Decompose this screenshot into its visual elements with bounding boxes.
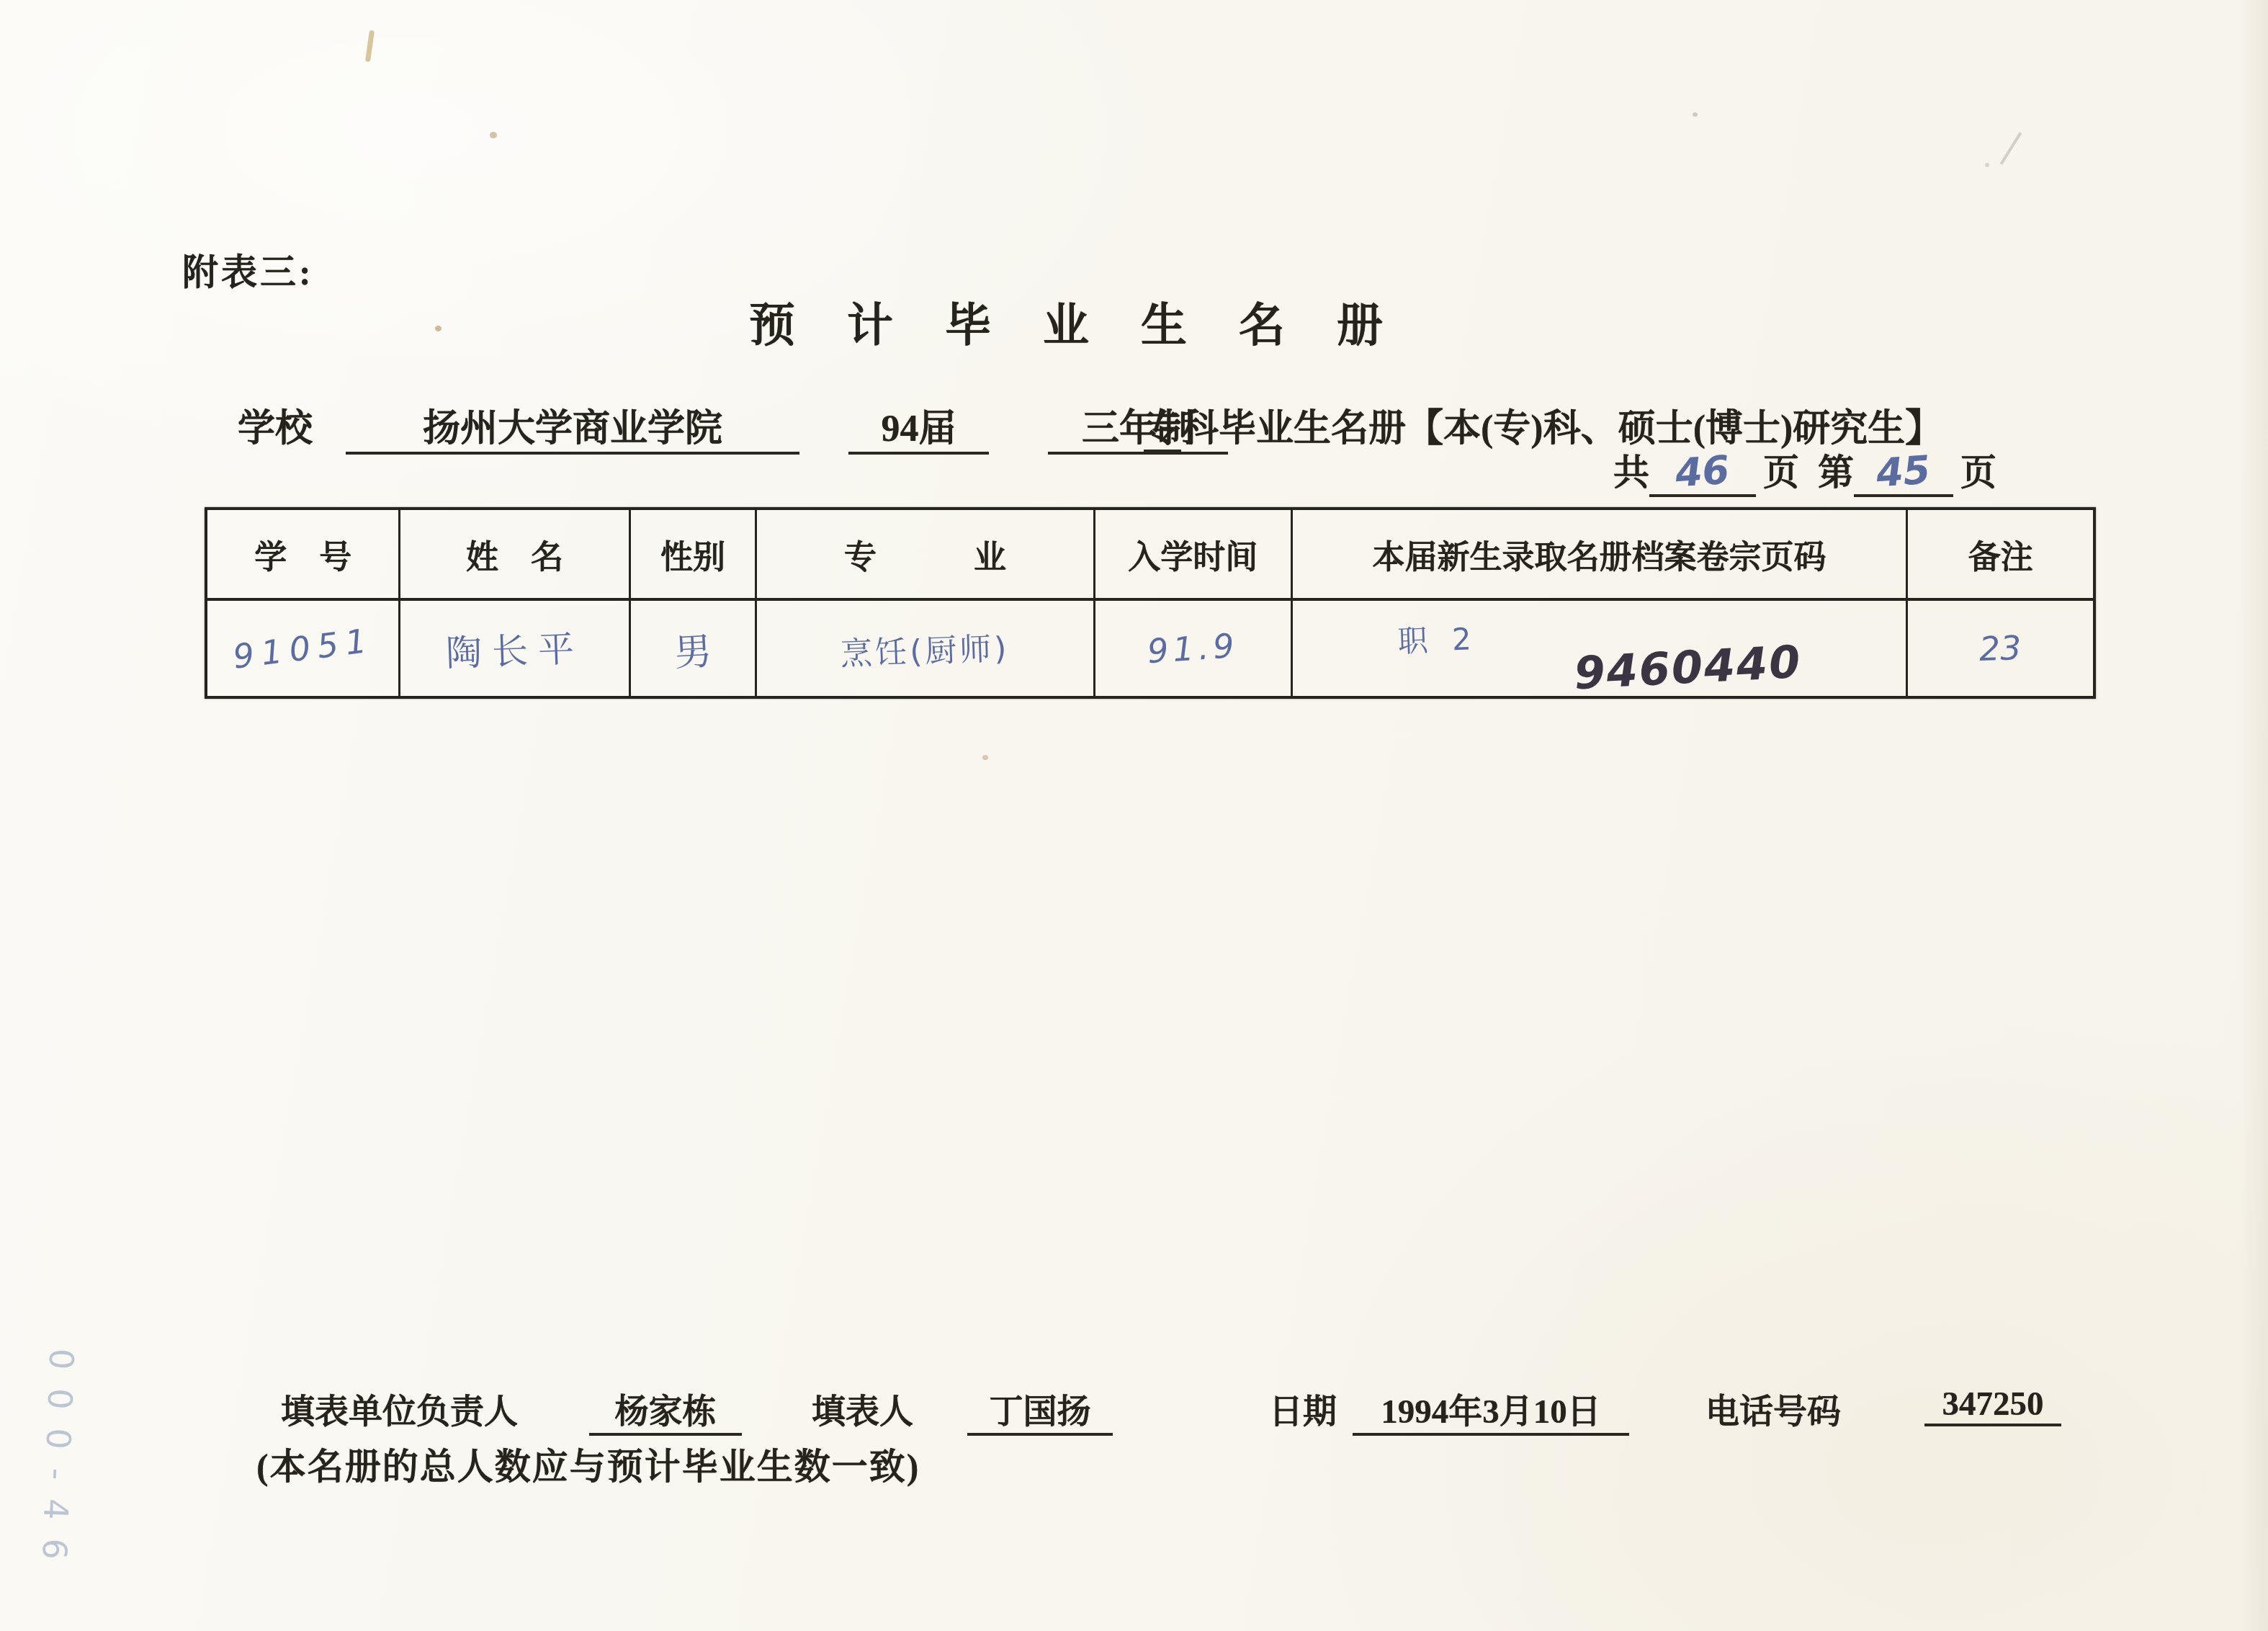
footer-signature-line: 填表单位负责人 杨家栋 填表人 丁国扬 日期 1994年3月10日 电话号码 3… bbox=[0, 1385, 2268, 1442]
gender-handwriting: 男 bbox=[673, 620, 713, 676]
cell-remark: 23 bbox=[1908, 601, 2093, 696]
page-counter: 共 46 页 第 45 页 bbox=[1613, 444, 2015, 497]
footer-note: (本名册的总人数应与预计毕业生数一致) bbox=[256, 1438, 920, 1490]
paper-stain bbox=[1693, 112, 1698, 117]
pen-check-mark bbox=[2000, 132, 2022, 165]
scanned-graduate-roster-form: 附表三: 预计毕业生名册 学校 扬州大学商业学院 94届 三年制 专科毕业生名册… bbox=[0, 0, 2268, 1631]
archive-note-handwriting: 职 2 bbox=[1397, 615, 1479, 661]
major-handwriting: 烹饪(厨师) bbox=[840, 622, 1010, 674]
header-remark: 备注 bbox=[1908, 510, 2093, 598]
table-row: 91051 陶长平 男 烹饪(厨师) 91.9 职 2 9460440 23 bbox=[207, 601, 2093, 696]
header-archive-page: 本届新生录取名册档案卷宗页码 bbox=[1293, 510, 1909, 598]
cell-archive-page: 职 2 9460440 bbox=[1293, 601, 1909, 696]
paper-stain bbox=[982, 755, 988, 760]
header-name: 姓 名 bbox=[400, 510, 630, 598]
unit-head-name: 杨家栋 bbox=[589, 1385, 742, 1436]
phone-label: 电话号码 bbox=[1706, 1385, 1841, 1433]
date-value: 1994年3月10日 bbox=[1353, 1385, 1629, 1436]
cell-enroll-date: 91.9 bbox=[1095, 601, 1293, 696]
current-page-unit: 页 bbox=[1960, 444, 1996, 496]
total-pages-value: 46 bbox=[1674, 447, 1731, 496]
unit-head-label: 填表单位负责人 bbox=[281, 1385, 518, 1433]
date-label: 日期 bbox=[1269, 1385, 1337, 1433]
phone-value: 347250 bbox=[1924, 1385, 2061, 1426]
document-title: 预计毕业生名册 bbox=[749, 288, 1435, 354]
total-pages-label: 共 bbox=[1613, 444, 1649, 496]
cell-gender: 男 bbox=[631, 601, 757, 696]
paper-stain bbox=[435, 326, 442, 331]
header-gender: 性别 bbox=[631, 510, 757, 598]
school-label: 学校 bbox=[238, 398, 313, 452]
student-id-handwriting: 91051 bbox=[230, 620, 375, 676]
header-enroll-date: 入学时间 bbox=[1095, 510, 1293, 598]
current-page-value: 45 bbox=[1875, 447, 1932, 496]
table-header-row: 学 号 姓 名 性别 专 业 入学时间 本届新生录取名册档案卷宗页码 备注 bbox=[207, 510, 2093, 601]
form-filler-name: 丁国扬 bbox=[967, 1385, 1113, 1436]
enroll-date-handwriting: 91.9 bbox=[1146, 626, 1240, 671]
header-major: 专 业 bbox=[757, 510, 1095, 598]
current-page-label: 第 bbox=[1818, 444, 1854, 496]
remark-handwriting: 23 bbox=[1978, 628, 2022, 669]
roster-table: 学 号 姓 名 性别 专 业 入学时间 本届新生录取名册档案卷宗页码 备注 91… bbox=[205, 507, 2096, 699]
archive-code-handwriting: 9460440 bbox=[1572, 635, 1802, 699]
cell-student-id: 91051 bbox=[207, 601, 400, 696]
class-year-value: 94届 bbox=[848, 398, 989, 455]
total-pages-blank: 46 bbox=[1649, 449, 1756, 497]
paper-stain bbox=[365, 30, 375, 63]
appendix-label: 附表三: bbox=[182, 243, 314, 295]
cell-name: 陶长平 bbox=[400, 601, 630, 696]
pen-dot-mark bbox=[1985, 163, 1989, 167]
header-student-id: 学 号 bbox=[207, 510, 400, 598]
current-page-blank: 45 bbox=[1854, 449, 1953, 497]
roster-type-prefix: 专 bbox=[1144, 408, 1181, 452]
cell-major: 烹饪(厨师) bbox=[757, 601, 1095, 696]
school-name-value: 扬州大学商业学院 bbox=[346, 398, 799, 455]
total-pages-unit: 页 bbox=[1763, 444, 1799, 496]
form-filler-label: 填表人 bbox=[812, 1385, 913, 1433]
paper-stain bbox=[490, 132, 497, 138]
name-handwriting: 陶长平 bbox=[444, 620, 584, 677]
